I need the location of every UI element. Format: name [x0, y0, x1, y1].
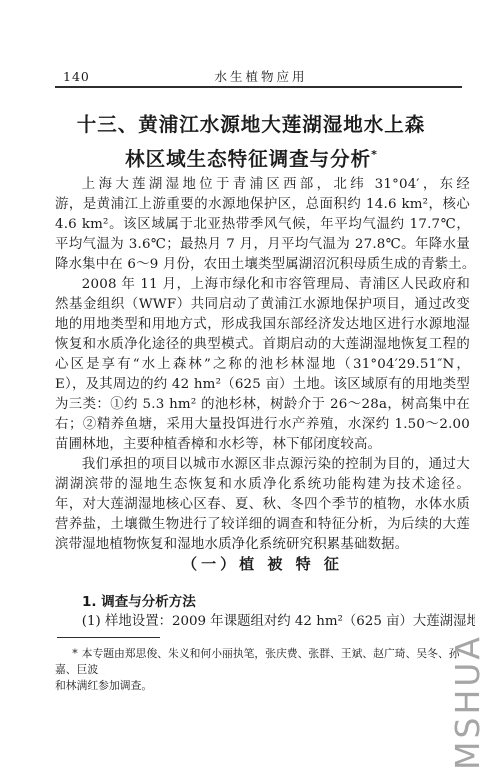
text-line: 营养盐，土壤微生物进行了较详细的调查和特征分析，为后续的大莲湖湖	[55, 515, 470, 535]
text-line: 4.6 km²。该区域属于北亚热带季风气候，年平均气温约 17.7℃，最冷月 1…	[55, 215, 470, 235]
footnote-marker: *	[72, 647, 77, 660]
text-line: 滨带湿地植物恢复和湿地水质净化系统研究积累基础数据。	[55, 535, 470, 555]
text-line: 我们承担的项目以城市水源区非点源污染的控制为目的，通过大莲	[55, 455, 470, 475]
text-line: 湖湖滨带的湿地生态恢复和水质净化系统功能构建为技术途径。2009	[55, 475, 470, 495]
text-line: 年，对大莲湖湿地核心区春、夏、秋、冬四个季节的植物，水体水质与底泥	[55, 495, 470, 515]
text-line: 降水集中在 6～9 月份，农田土壤类型属湖沼沉积母质生成的青紫土。	[55, 255, 470, 275]
subsection-heading: 1. 调查与分析方法	[55, 590, 470, 610]
text-line: 地的用地类型和用地方式，形成我国东部经济发达地区进行水源地湿地	[55, 315, 470, 335]
running-title: 水生植物应用	[55, 69, 467, 85]
section-heading: （一）植 被 特 征	[55, 553, 470, 574]
footnote-line: 和林满红参加调查。	[55, 678, 467, 694]
watermark-text: MSHUA	[448, 634, 488, 770]
text-line: 恢复和水质净化途径的典型模式。首期启动的大莲湖湿地恢复工程的核	[55, 335, 470, 355]
footnote-rule	[57, 637, 160, 638]
body-text: 上海大莲湖湿地位于青浦区西部，北纬 31°04′，东经 121°00′，属于淀山…	[55, 175, 470, 555]
text-line: 苗圃林地，主要种植香樟和水杉等，林下郁闭度较高。	[55, 435, 470, 455]
method-text-line: (1) 样地设置：2009 年课题组对约 42 hm²（625 亩）大莲湖湿地核	[55, 612, 475, 632]
text-line: 2008 年 11 月，上海市绿化和市容管理局、青浦区人民政府和世界自	[55, 275, 470, 295]
chapter-title-line1: 十三、黄浦江水源地大莲湖湿地水上森	[30, 110, 472, 140]
text-line: E），及其周边的约 42 hm²（625 亩）土地。该区域原有的用地类型主要分	[55, 375, 470, 395]
paragraph: 我们承担的项目以城市水源区非点源污染的控制为目的，通过大莲湖湖滨带的湿地生态恢复…	[55, 455, 470, 555]
text-line: 为三类：①约 5.3 hm² 的池杉林，树龄介于 26～28a，树高集中在 11…	[55, 395, 470, 415]
running-header: 140 水生植物应用	[55, 69, 467, 85]
footnote-line: *本专题由郑思俊、朱义和何小丽执笔，张庆费、张群、王斌、赵广琦、吴冬、孙嘉、巨波	[55, 646, 467, 678]
text-line: 右；②精养鱼塘，采用大量投饵进行水产养殖，水深约 1.50～2.00 m；③	[55, 415, 470, 435]
text-line: 上海大莲湖湿地位于青浦区西部，北纬 31°04′，东经 121°00′，属于淀山…	[55, 175, 470, 195]
header-rule	[55, 86, 462, 88]
text-line: 游，是黄浦江上游重要的水源地保护区，总面积约 14.6 km²，核心区面积	[55, 195, 470, 215]
chapter-title-line2: 林区域生态特征调查与分析*	[30, 140, 472, 175]
footnote: *本专题由郑思俊、朱义和何小丽执笔，张庆费、张群、王斌、赵广琦、吴冬、孙嘉、巨波…	[55, 646, 467, 694]
title-footnote-marker: *	[371, 148, 377, 161]
text-line: 平均气温为 3.6℃；最热月 7 月，月平均气温为 27.8℃。年降水量约 1 …	[55, 235, 470, 255]
book-page: 140 水生植物应用 十三、黄浦江水源地大莲湖湿地水上森 林区域生态特征调查与分…	[0, 0, 492, 770]
text-line: 心区是享有“水上森林”之称的池杉林湿地（31°04′29.51″N，121°00…	[55, 355, 470, 375]
text-line: 然基金组织（WWF）共同启动了黄浦江水源地保护项目，通过改变原有土	[55, 295, 470, 315]
paragraph: 2008 年 11 月，上海市绿化和市容管理局、青浦区人民政府和世界自然基金组织…	[55, 275, 470, 455]
paragraph: 上海大莲湖湿地位于青浦区西部，北纬 31°04′，东经 121°00′，属于淀山…	[55, 175, 470, 275]
chapter-title: 十三、黄浦江水源地大莲湖湿地水上森 林区域生态特征调查与分析*	[30, 110, 472, 175]
